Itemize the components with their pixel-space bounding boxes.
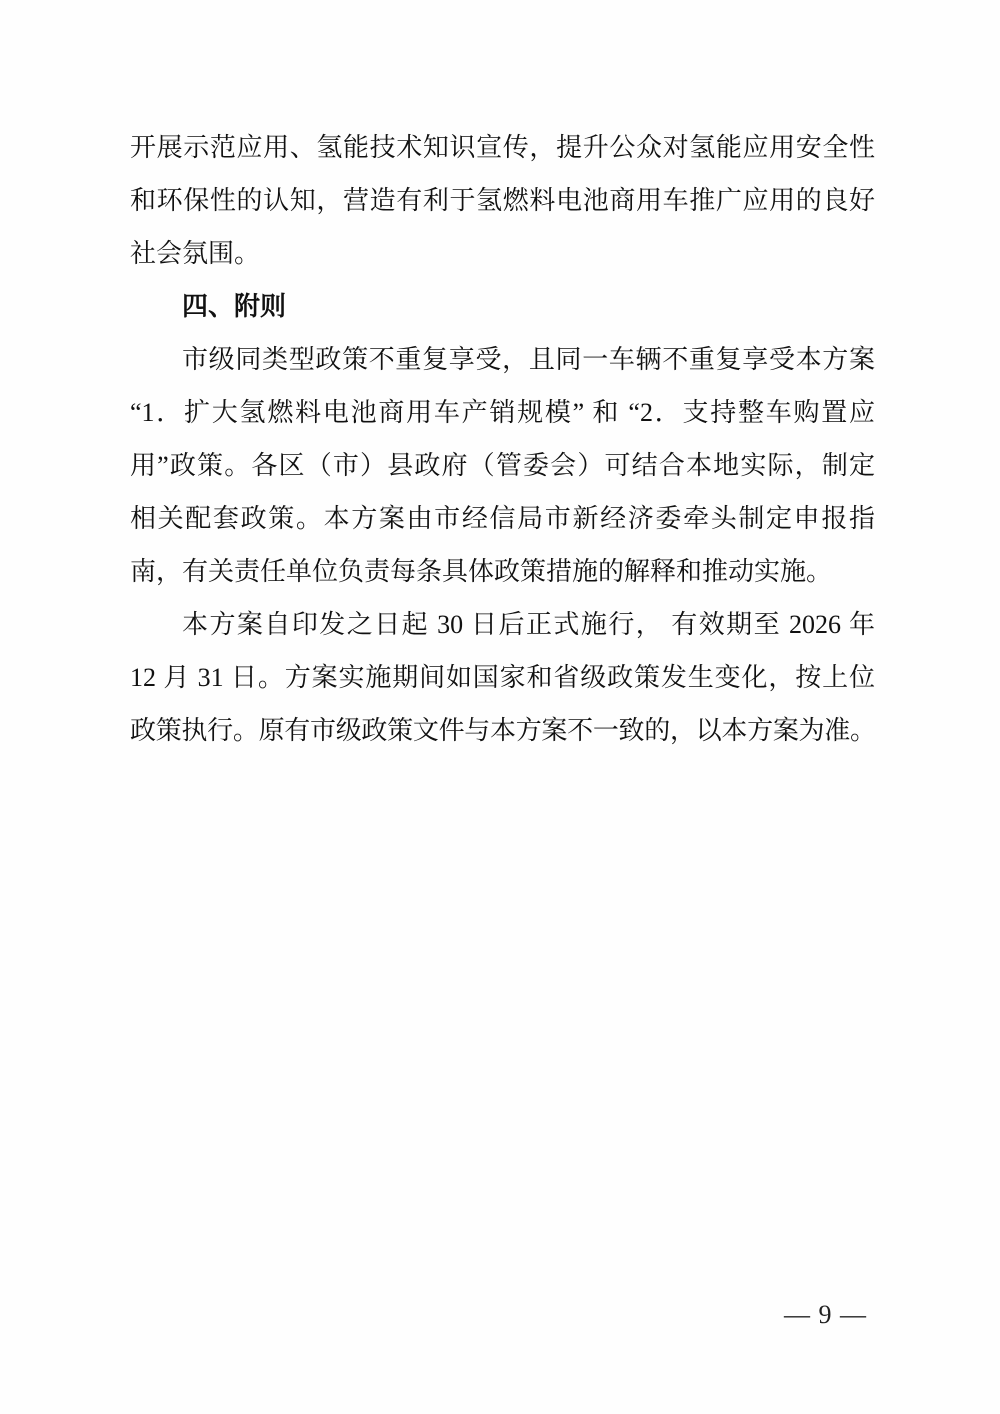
- page-number: — 9 —: [784, 1300, 867, 1330]
- text-line: 社会氛围。: [130, 227, 875, 280]
- text-line: 本方案自印发之日起 30 日后正式施行， 有效期至 2026 年: [130, 598, 875, 651]
- text-line: 和环保性的认知，营造有利于氢燃料电池商用车推广应用的良好: [130, 174, 875, 227]
- section-heading: 四、附则: [130, 280, 875, 333]
- text-line: 开展示范应用、氢能技术知识宣传，提升公众对氢能应用安全性: [130, 121, 875, 174]
- text-line: “1．扩大氢燃料电池商用车产销规模” 和 “2．支持整车购置应: [130, 386, 875, 439]
- text-line: 用”政策。各区（市）县政府（管委会）可结合本地实际，制定: [130, 439, 875, 492]
- text-line: 12 月 31 日。方案实施期间如国家和省级政策发生变化，按上位: [130, 651, 875, 704]
- document-body: 开展示范应用、氢能技术知识宣传，提升公众对氢能应用安全性 和环保性的认知，营造有…: [130, 121, 875, 757]
- document-page: 开展示范应用、氢能技术知识宣传，提升公众对氢能应用安全性 和环保性的认知，营造有…: [0, 0, 1000, 1414]
- text-line: 相关配套政策。本方案由市经信局市新经济委牵头制定申报指: [130, 492, 875, 545]
- text-line: 市级同类型政策不重复享受，且同一车辆不重复享受本方案: [130, 333, 875, 386]
- text-line: 南，有关责任单位负责每条具体政策措施的解释和推动实施。: [130, 545, 875, 598]
- text-line: 政策执行。原有市级政策文件与本方案不一致的，以本方案为准。: [130, 704, 875, 757]
